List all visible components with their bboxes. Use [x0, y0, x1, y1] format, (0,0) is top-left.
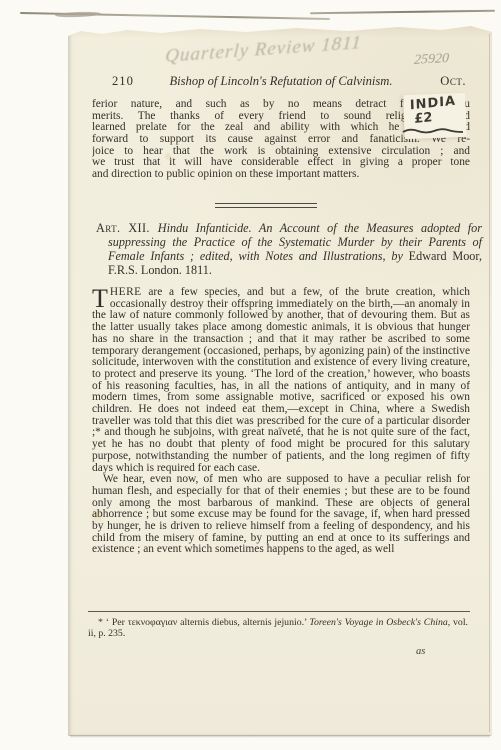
running-head: 210 Bishop of Lincoln's Refutation of Ca…	[92, 74, 470, 90]
lead-word: HERE	[110, 286, 142, 298]
section-divider-rule	[215, 203, 317, 208]
footnote-source: Toreen's Voyage in Osbeck's China	[309, 617, 447, 628]
catchword: as	[416, 646, 425, 657]
footnote-rule	[88, 611, 470, 612]
page-bottom-shadow	[70, 735, 490, 738]
article-heading: Art. XII. Hindu Infanticide. An Account …	[96, 222, 482, 278]
drop-cap: T	[92, 287, 110, 309]
footnote: * ‘ Per τεκνοφαγιαν alternis diebus, alt…	[88, 617, 468, 639]
ink-strike-mark	[402, 127, 464, 135]
torn-edge-line	[310, 10, 495, 15]
text-line: and direction to public opinion on these…	[92, 169, 470, 181]
body-paragraph-1: THERE are a few species, and but a few, …	[92, 287, 470, 474]
text-line: we trust that it will have considerable …	[92, 157, 470, 169]
footnote-text: * ‘ Per τεκνοφαγιαν alternis diebus, alt…	[88, 617, 309, 628]
text-line: joice to hear that the work is obtaining…	[92, 146, 470, 158]
paragraph-text: are a few species, and but a few, of the…	[92, 286, 470, 474]
running-title: Bishop of Lincoln's Refutation of Calvin…	[92, 74, 470, 89]
ink-annotation-india: INDIA £2	[410, 95, 457, 128]
torn-edge-fragment	[55, 11, 101, 18]
scanned-book-page: Quarterly Review 1811 25920 210 Bishop o…	[0, 0, 501, 750]
body-paragraph-2: We hear, even now, of men who are suppos…	[92, 474, 470, 556]
body-text: THERE are a few species, and but a few, …	[92, 287, 470, 556]
pencil-annotation-number: 25920	[414, 51, 450, 69]
paragraph-text: We hear, even now, of men who are suppos…	[92, 473, 470, 555]
issue-month: Oct.	[440, 74, 466, 89]
page-right-edge	[489, 34, 490, 732]
article-number-label: Art. XII.	[96, 221, 158, 235]
article-title: Hindu Infanticide.	[158, 221, 259, 235]
